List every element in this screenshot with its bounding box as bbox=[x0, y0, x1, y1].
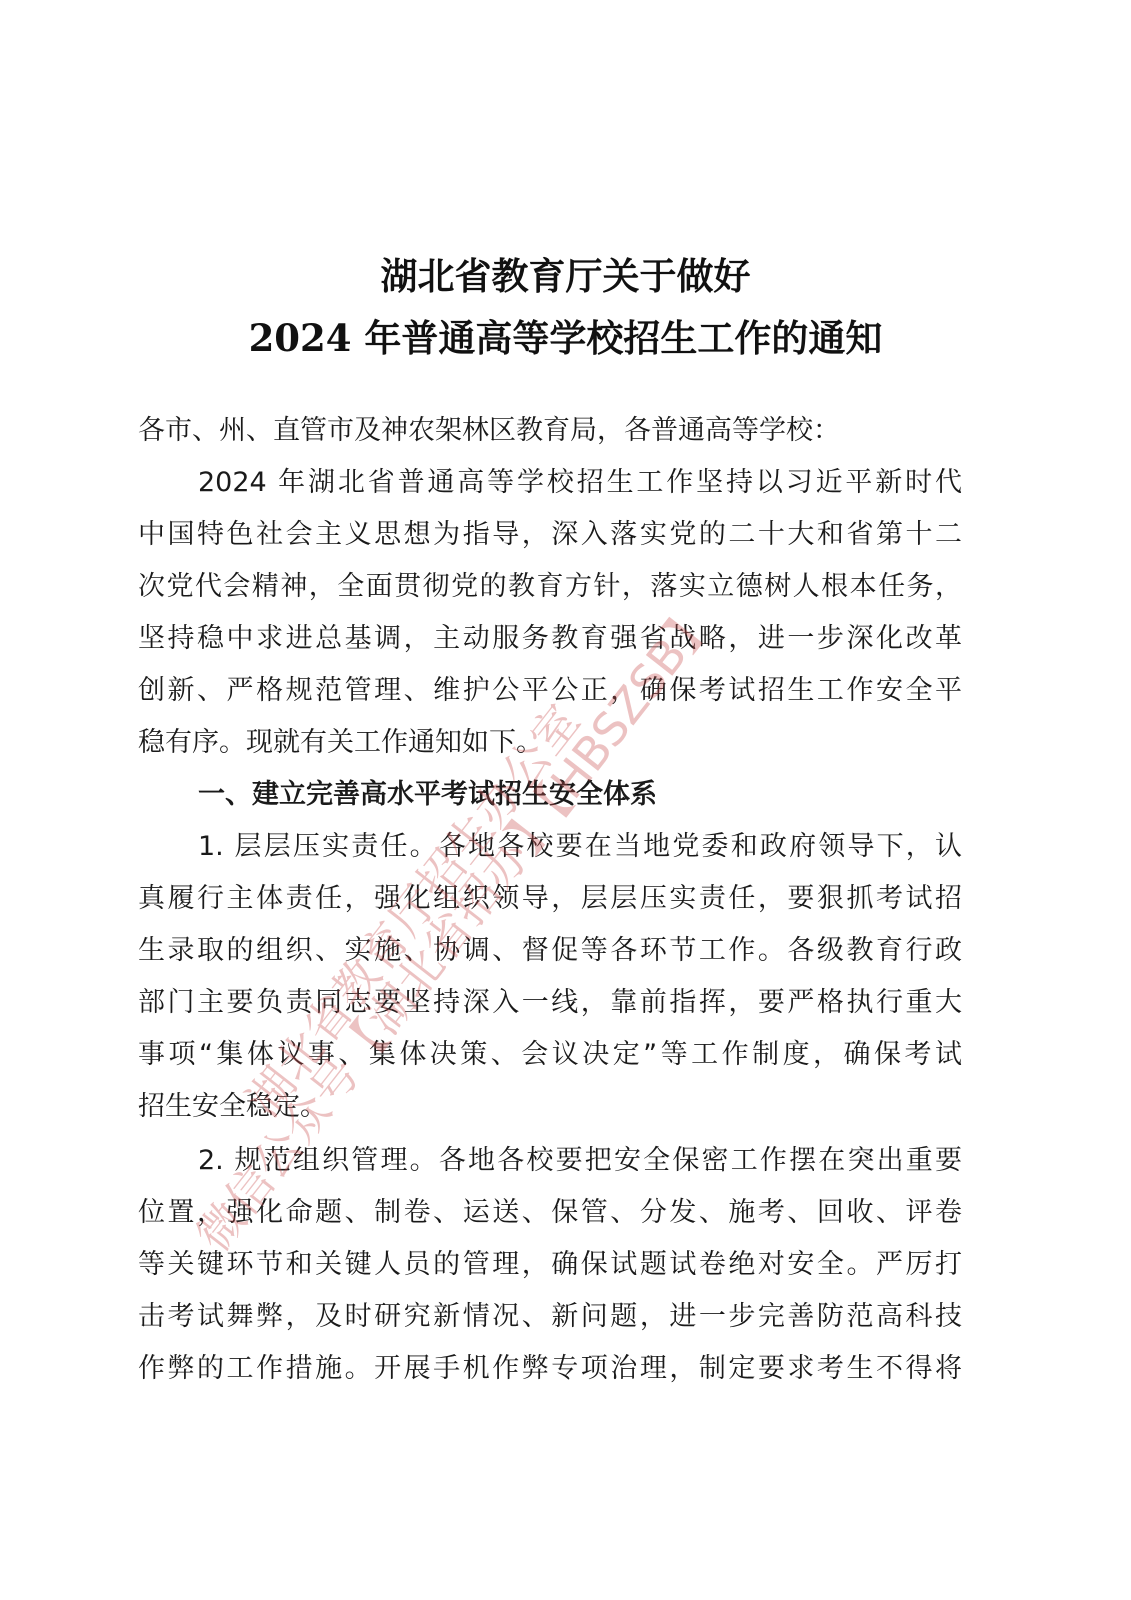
body-line: 次党代会精神，全面贯彻党的教育方针，落实立德树人根本任务， bbox=[138, 564, 962, 604]
body-line: 中国特色社会主义思想为指导，深入落实党的二十大和省第十二 bbox=[138, 512, 962, 552]
body-line: 事项“集体议事、集体决策、会议决定”等工作制度，确保考试 bbox=[138, 1032, 962, 1072]
body-line: 部门主要负责同志要坚持深入一线，靠前指挥，要严格执行重大 bbox=[138, 980, 962, 1020]
body-line: 招生安全稳定。 bbox=[138, 1084, 962, 1124]
body-line: 击考试舞弊，及时研究新情况、新问题，进一步完善防范高科技 bbox=[138, 1294, 962, 1334]
body-line: 稳有序。现就有关工作通知如下。 bbox=[138, 720, 962, 760]
body-line: 坚持稳中求进总基调，主动服务教育强省战略，进一步深化改革 bbox=[138, 616, 962, 656]
section-heading: 一、建立完善高水平考试招生安全体系 bbox=[198, 772, 962, 812]
document-page: 湖北省教育厅关于做好 2024 年普通高等学校招生工作的通知 各市、州、直管市及… bbox=[0, 0, 1131, 1600]
addressee-line: 各市、州、直管市及神农架林区教育局，各普通高等学校： bbox=[138, 408, 962, 448]
body-line: 真履行主体责任，强化组织领导，层层压实责任，要狠抓考试招 bbox=[138, 876, 962, 916]
body-line: 1. 层层压实责任。各地各校要在当地党委和政府领导下，认 bbox=[198, 824, 962, 864]
body-line: 等关键环节和关键人员的管理，确保试题试卷绝对安全。严厉打 bbox=[138, 1242, 962, 1282]
document-title-line-2: 2024 年普通高等学校招生工作的通知 bbox=[0, 308, 1131, 362]
body-line: 作弊的工作措施。开展手机作弊专项治理，制定要求考生不得将 bbox=[138, 1346, 962, 1386]
body-line: 2. 规范组织管理。各地各校要把安全保密工作摆在突出重要 bbox=[198, 1138, 962, 1178]
body-line: 创新、严格规范管理、维护公平公正，确保考试招生工作安全平 bbox=[138, 668, 962, 708]
body-line: 2024 年湖北省普通高等学校招生工作坚持以习近平新时代 bbox=[198, 460, 962, 500]
body-line: 生录取的组织、实施、协调、督促等各环节工作。各级教育行政 bbox=[138, 928, 962, 968]
body-line: 位置，强化命题、制卷、运送、保管、分发、施考、回收、评卷 bbox=[138, 1190, 962, 1230]
document-title-line-1: 湖北省教育厅关于做好 bbox=[0, 246, 1131, 300]
